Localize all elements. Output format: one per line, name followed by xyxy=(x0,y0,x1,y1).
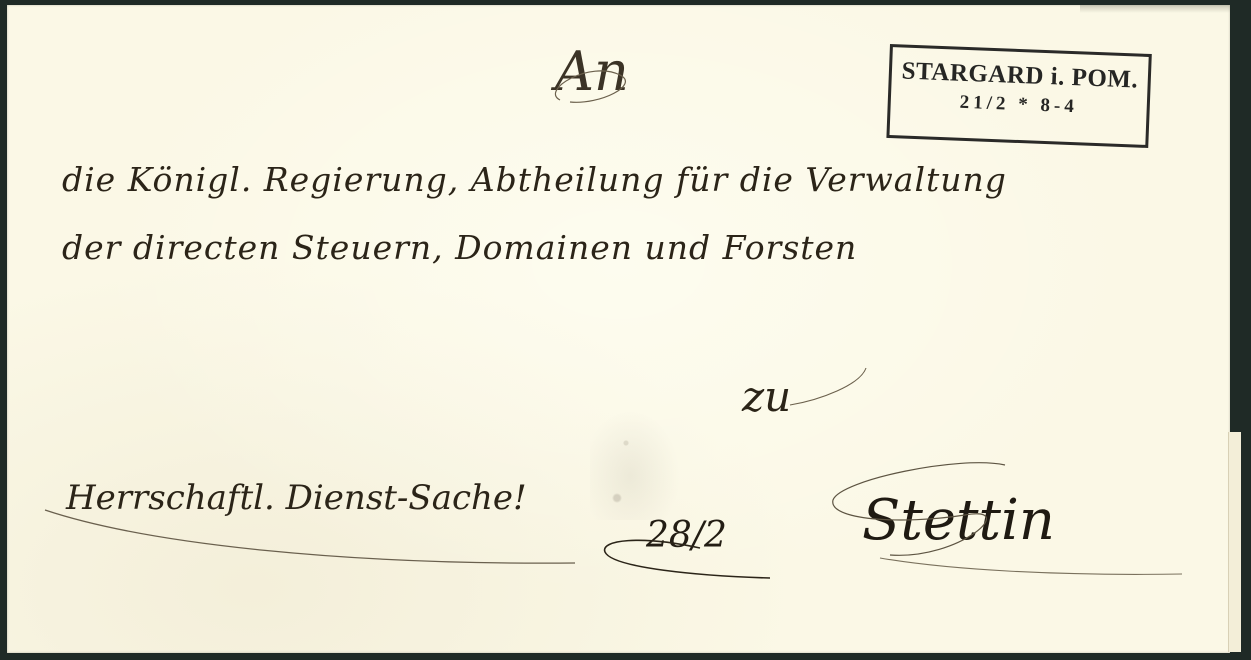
scanned-letter-cover: STARGARD i. POM. 21/2 * 8-4 An die König… xyxy=(0,0,1251,660)
salutation: An xyxy=(555,40,629,103)
paper-edge-shadow xyxy=(1080,5,1230,13)
postmark-date: 21/2 * 8-4 xyxy=(890,89,1147,121)
address-line-1: die Königl. Regierung, Abtheilung für di… xyxy=(62,160,1007,199)
paper-stain xyxy=(590,410,680,520)
address-preposition: zu xyxy=(742,372,791,421)
address-city: Stettin xyxy=(862,488,1055,553)
postmark-town: STARGARD i. POM. xyxy=(891,57,1148,95)
paper-fold-edge xyxy=(1228,432,1241,652)
postmark-stamp: STARGARD i. POM. 21/2 * 8-4 xyxy=(886,44,1151,148)
receipt-date: 28/2 xyxy=(646,515,727,556)
address-line-2: der directen Steuern, Domainen und Forst… xyxy=(62,228,857,267)
service-note: Herrschaftl. Dienst-Sache! xyxy=(66,478,527,518)
